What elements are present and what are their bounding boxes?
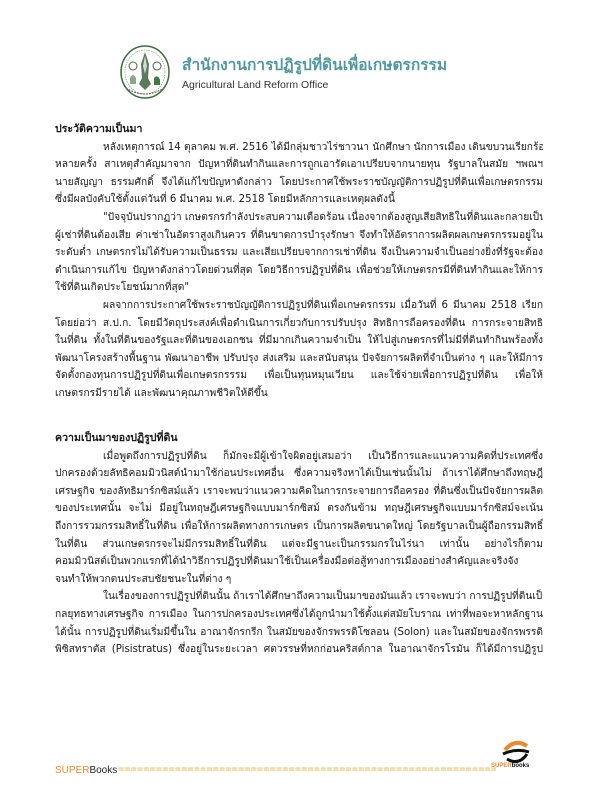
text-line: ถึงการรวมกรรมสิทธิ์ในที่ดิน เพื่อให้การผ…	[55, 518, 543, 536]
paragraph: เมื่อพูดถึงการปฏิรูปที่ดิน ก็มักจะมีผู้เ…	[55, 448, 543, 589]
text-line: ได้นั้น การปฏิรูปที่ดินเริ่มมีขึ้นใน อาณ…	[55, 624, 543, 642]
section-title-land-reform-origin: ความเป็นมาของปฏิรูปที่ดิน	[55, 430, 543, 448]
footer-brand: SUPERBooks	[55, 765, 117, 776]
text-line: "ปัจจุบันปรากฏว่า เกษตรกรกำลังประสบความเ…	[55, 209, 543, 227]
text-line: ระดับต่ำ เกษตรกรไม่ได้รับความเป็นธรรม แล…	[55, 244, 543, 262]
text-line: จนทำให้พวกตนประสบชัยชนะในที่ต่าง ๆ	[55, 571, 543, 589]
footer-divider-rule: ========================================…	[118, 764, 496, 775]
text-line: กลยุทธทางเศรษฐกิจ การเมือง ในการปกครองปร…	[55, 606, 543, 624]
text-line: นายสัญญา ธรรมศักดิ์ จึงได้แก้ไขปัญหาดังก…	[55, 174, 543, 192]
section-spacer	[55, 420, 543, 430]
section-title-history: ประวัติความเป็นมา	[55, 121, 543, 139]
paragraph: ในเรื่องของการปฏิรูปที่ดินนั้น ถ้าเราได้…	[55, 588, 543, 658]
text-line: หลังเหตุการณ์ 14 ตุลาคม พ.ศ. 2516 ได้มีก…	[55, 139, 543, 157]
text-line: เศรษฐกิจ ของลัทธิมาร์กซิสม์แล้ว เราจะพบว…	[55, 483, 543, 501]
text-line: โดยย่อว่า ส.ป.ก. โดยมีวัตถุประสงค์เพื่อด…	[55, 315, 543, 333]
text-line: ของประเทศนั้น จะไม่ มีอยู่ในทฤษฎีเศรษฐกิ…	[55, 500, 543, 518]
text-line: ปกครองด้วยลัทธิคอมมิวนิสต์นำมาใช้ก่อนประ…	[55, 465, 543, 483]
text-line: เมื่อพูดถึงการปฏิรูปที่ดิน ก็มักจะมีผู้เ…	[55, 448, 543, 466]
logo-books-text: books	[512, 763, 530, 769]
text-line: เกษตรกรมีรายได้ และพัฒนาคุณภาพชีวิตให้ดี…	[55, 385, 543, 403]
page-header: สำนักงานการปฏิรูปที่ดินเพื่อเกษตรกรรม Ag…	[118, 44, 538, 114]
text-line: ใช้ที่ดินเกิดประโยชน์มากที่สุด"	[55, 279, 543, 297]
text-line: ซึ่งมีผลบังคับใช้ตั้งแต่วันที่ 6 มีนาคม …	[55, 191, 543, 209]
text-line: พิซิสทราตัส (Pisistratus) ซึ่งอยู่ในระยะ…	[55, 641, 543, 659]
paragraph-quote: "ปัจจุบันปรากฏว่า เกษตรกรกำลังประสบความเ…	[55, 209, 543, 297]
logo-super-text: SUPER	[491, 763, 512, 769]
text-line: ในเรื่องของการปฏิรูปที่ดินนั้น ถ้าเราได้…	[55, 588, 543, 606]
document-body: ประวัติความเป็นมา หลังเหตุการณ์ 14 ตุลาค…	[55, 121, 543, 659]
superbooks-logo: SUPERbooks	[491, 740, 541, 780]
brand-super-text: SUPER	[55, 765, 89, 776]
text-line: ผู้เช่าที่ดินต้องเสีย ค่าเช่าในอัตราสูงเ…	[55, 227, 543, 245]
text-line: ในที่ดิน ส่วนเกษตรกรจะไม่มีกรรมสิทธิ์ในท…	[55, 536, 543, 554]
superbooks-logo-text: SUPERbooks	[491, 763, 529, 769]
page-footer: SUPERBooks =============================…	[55, 760, 545, 782]
text-line: ผลจากการประกาศใช้พระราชบัญญัติการปฏิรูปท…	[55, 297, 543, 315]
brand-books-text: Books	[89, 765, 117, 776]
text-line: ดำเนินการแก้ไข ปัญหาดังกล่าวโดยด่วนที่สุ…	[55, 262, 543, 280]
superbooks-swoosh-icon	[491, 740, 541, 764]
text-line: พัฒนาโครงสร้างพื้นฐาน พัฒนาอาชีพ ปรับปรุ…	[55, 350, 543, 368]
paragraph: ผลจากการประกาศใช้พระราชบัญญัติการปฏิรูปท…	[55, 297, 543, 403]
text-line: ในที่ดิน ทั้งในที่ดินของรัฐและที่ดินของเ…	[55, 332, 543, 350]
org-name-thai: สำนักงานการปฏิรูปที่ดินเพื่อเกษตรกรรม	[182, 52, 447, 77]
text-line: หลายครั้ง สาเหตุสำคัญมาจาก ปัญหาที่ดินทำ…	[55, 156, 543, 174]
text-line: จัดตั้งกองทุนการปฏิรูปที่ดินเพื่อเกษตรกร…	[55, 367, 543, 385]
org-name-english: Agricultural Land Reform Office	[182, 79, 328, 91]
section-spacer	[55, 403, 543, 421]
text-line: คอมมิวนิสต์เป็นพวกแรกที่ได้นำวิธีการปฏิร…	[55, 553, 543, 571]
paragraph: หลังเหตุการณ์ 14 ตุลาคม พ.ศ. 2516 ได้มีก…	[55, 139, 543, 209]
alro-seal-logo-icon	[118, 44, 172, 104]
